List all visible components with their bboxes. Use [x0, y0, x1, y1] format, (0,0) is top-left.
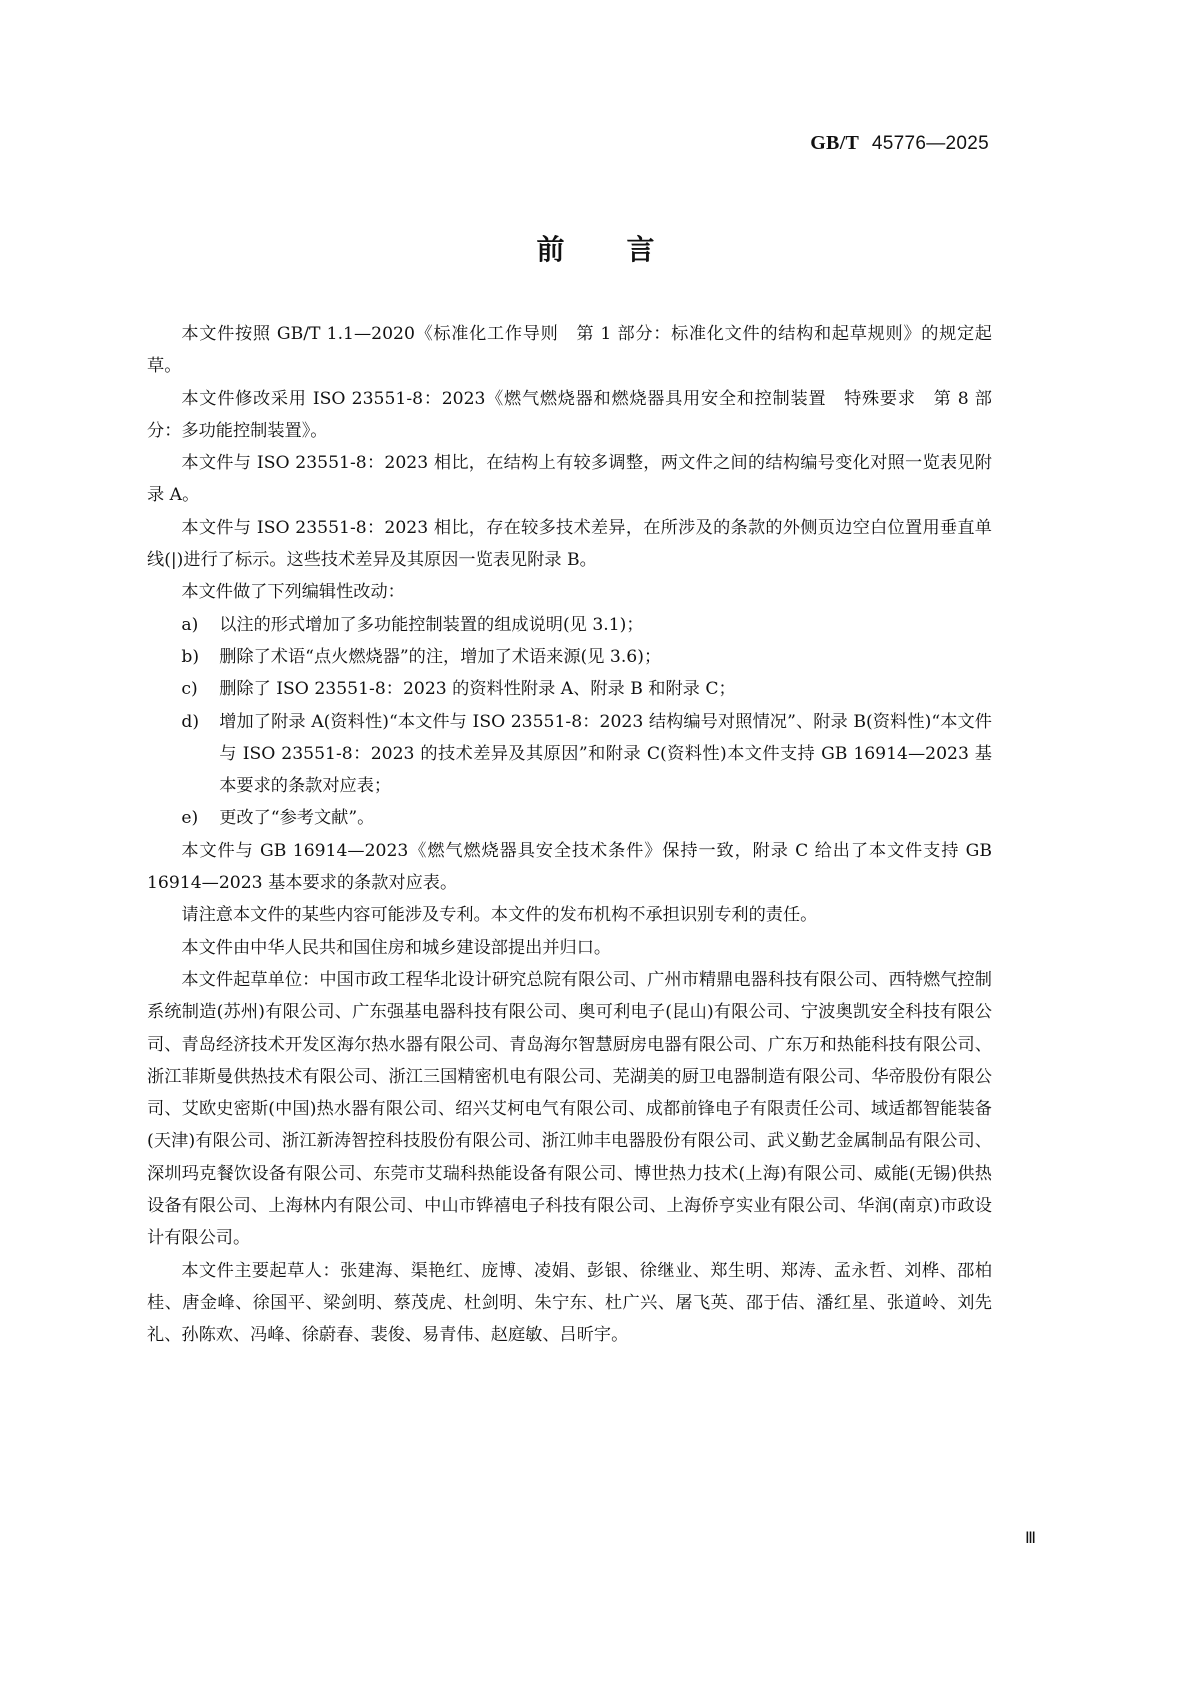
standard-code: 45776—2025 [872, 133, 989, 154]
list-text: 以注的形式增加了多功能控制装置的组成说明(见 3.1)； [219, 609, 992, 641]
list-text: 增加了附录 A(资料性)“本文件与 ISO 23551-8：2023 结构编号对… [219, 706, 992, 803]
list-marker: b) [181, 641, 219, 673]
list-marker: e) [181, 802, 219, 834]
list-text: 删除了 ISO 23551-8：2023 的资料性附录 A、附录 B 和附录 C… [219, 673, 992, 705]
standard-prefix: GB/T [810, 132, 859, 154]
paragraph-drafting-units: 本文件起草单位：中国市政工程华北设计研究总院有限公司、广州市精鼎电器科技有限公司… [147, 964, 992, 1255]
list-item: a) 以注的形式增加了多功能控制装置的组成说明(见 3.1)； [147, 609, 992, 641]
paragraph-patent-notice: 请注意本文件的某些内容可能涉及专利。本文件的发布机构不承担识别专利的责任。 [147, 899, 992, 931]
list-item: d) 增加了附录 A(资料性)“本文件与 ISO 23551-8：2023 结构… [147, 706, 992, 803]
paragraph-editorial-intro: 本文件做了下列编辑性改动： [147, 576, 992, 608]
foreword-body: 本文件按照 GB/T 1.1—2020《标准化工作导则 第 1 部分：标准化文件… [147, 318, 992, 1352]
paragraph-drafters: 本文件主要起草人：张建海、渠艳红、庞博、凌娟、彭银、徐继业、郑生明、郑涛、孟永哲… [147, 1255, 992, 1352]
list-item: e) 更改了“参考文献”。 [147, 802, 992, 834]
list-item: c) 删除了 ISO 23551-8：2023 的资料性附录 A、附录 B 和附… [147, 673, 992, 705]
title-char-1: 前 [536, 228, 564, 268]
paragraph-drafting-rules: 本文件按照 GB/T 1.1—2020《标准化工作导则 第 1 部分：标准化文件… [147, 318, 992, 383]
page-title: 前言 [0, 228, 1191, 268]
list-item: b) 删除了术语“点火燃烧器”的注，增加了术语来源(见 3.6)； [147, 641, 992, 673]
standard-number: GB/T 45776—2025 [810, 132, 989, 155]
list-text: 更改了“参考文献”。 [219, 802, 992, 834]
paragraph-proposer: 本文件由中华人民共和国住房和城乡建设部提出并归口。 [147, 932, 992, 964]
title-char-2: 言 [627, 228, 655, 268]
paragraph-consistency: 本文件与 GB 16914—2023《燃气燃烧器具安全技术条件》保持一致，附录 … [147, 835, 992, 900]
paragraph-structure-changes: 本文件与 ISO 23551-8：2023 相比，在结构上有较多调整，两文件之间… [147, 447, 992, 512]
paragraph-technical-deviations: 本文件与 ISO 23551-8：2023 相比，存在较多技术差异，在所涉及的条… [147, 512, 992, 577]
list-text: 删除了术语“点火燃烧器”的注，增加了术语来源(见 3.6)； [219, 641, 992, 673]
list-marker: d) [181, 706, 219, 803]
paragraph-adoption: 本文件修改采用 ISO 23551-8：2023《燃气燃烧器和燃烧器具用安全和控… [147, 383, 992, 448]
list-marker: c) [181, 673, 219, 705]
list-marker: a) [181, 609, 219, 641]
page-number: Ⅲ [1025, 1528, 1036, 1548]
